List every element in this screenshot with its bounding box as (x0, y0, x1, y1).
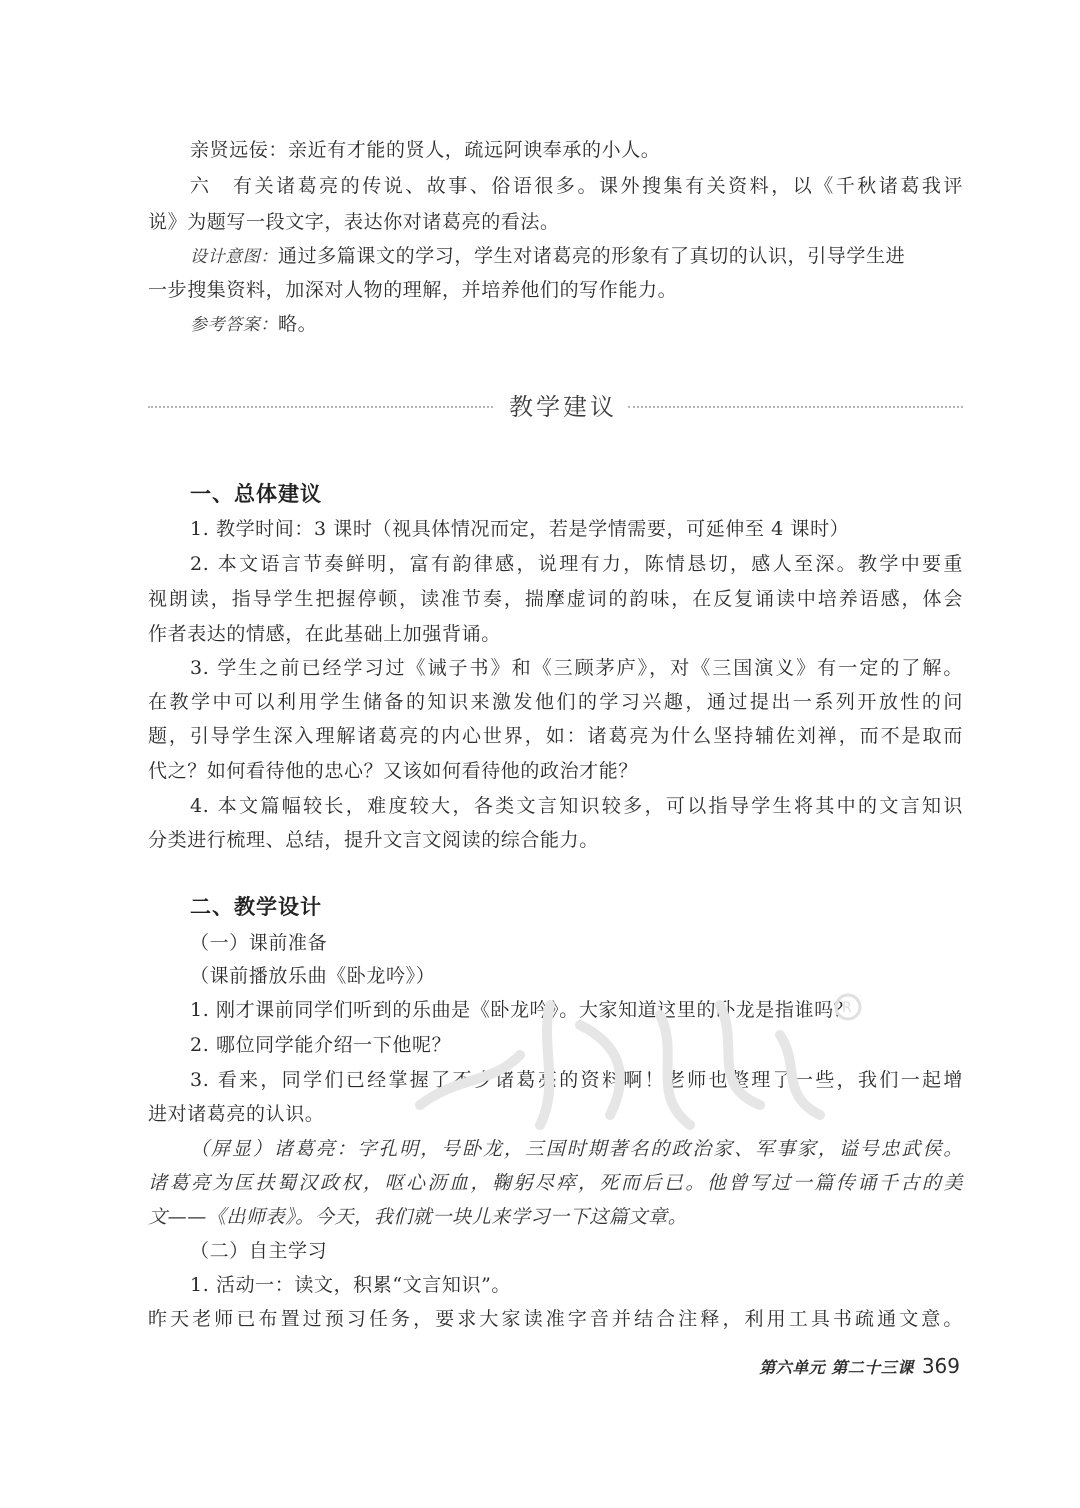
screen-display-text: 诸葛亮：字孔明，号卧龙，三国时期著名的政治家、军事家，谥号忠武侯。 (274, 1138, 963, 1160)
section-1-p4-line-2: 分类进行梳理、总结，提升文言文阅读的综合能力。 (148, 828, 963, 852)
question-3-line-1: 3. 看来，同学们已经掌握了不少诸葛亮的资料啊！老师也整理了一些，我们一起增 (190, 1068, 963, 1092)
section-1-p3-line-2: 在教学中可以利用学生储备的知识来激发他们的学习兴趣，通过提出一系列开放性的问 (148, 690, 963, 714)
question-3-line-2: 进对诸葛亮的认识。 (148, 1102, 963, 1126)
section-1-p2-line-1: 2. 本文语言节奏鲜明，富有韵律感，说理有力，陈情恳切，感人至深。教学中要重 (190, 552, 963, 576)
activity-1-description: 昨天老师已布置过预习任务，要求大家读准字音并结合注释，利用工具书疏通文意。 (148, 1307, 963, 1331)
screen-display-line-1: （屏显）诸葛亮：字孔明，号卧龙，三国时期著名的政治家、军事家，谥号忠武侯。 (190, 1137, 963, 1161)
definition-line: 亲贤远佞：亲近有才能的贤人，疏远阿谀奉承的小人。 (190, 138, 963, 162)
section-1-p3-line-3: 题，引导学生深入理解诸葛亮的内心世界，如：诸葛亮为什么坚持辅佐刘禅，而不是取而 (148, 724, 963, 748)
section-1-p3-line-4: 代之？如何看待他的忠心？又该如何看待他的政治才能？ (148, 759, 963, 783)
question-2: 2. 哪位同学能介绍一下他呢？ (190, 1033, 963, 1057)
reference-answer-label: 参考答案： (190, 315, 278, 335)
textbook-page: 亲贤远佞：亲近有才能的贤人，疏远阿谀奉承的小人。 六 有关诸葛亮的传说、故事、俗… (0, 0, 1080, 1508)
screen-display-label: （屏显） (190, 1138, 274, 1160)
design-intent-text: 通过多篇课文的学习，学生对诸葛亮的形象有了真切的认识，引导学生进 (278, 245, 905, 267)
section-2-heading: 二、教学设计 (190, 893, 322, 921)
reference-answer-line: 参考答案：略。 (190, 312, 963, 337)
design-intent-line-1: 设计意图：通过多篇课文的学习，学生对诸葛亮的形象有了真切的认识，引导学生进 (190, 244, 963, 269)
subsection-1-title: （一）课前准备 (190, 931, 963, 955)
dotted-rule-left (148, 406, 493, 408)
subsection-2-title: （二）自主学习 (190, 1239, 963, 1263)
question-1: 1. 刚才课前同学们听到的乐曲是《卧龙吟》。大家知道这里的卧龙是指谁吗？ (190, 998, 963, 1022)
subsection-1-note: （课前播放乐曲《卧龙吟》） (190, 964, 963, 988)
section-1-p1: 1. 教学时间：3 课时（视具体情况而定，若是学情需要，可延伸至 4 课时） (190, 517, 963, 541)
reference-answer-value: 略。 (278, 313, 317, 335)
design-intent-line-2: 一步搜集资料，加深对人物的理解，并培养他们的写作能力。 (148, 278, 963, 302)
divider-title: 教学建议 (503, 392, 623, 422)
exercise-6-line-2: 说》为题写一段文字，表达你对诸葛亮的看法。 (148, 210, 963, 234)
design-intent-label: 设计意图： (190, 247, 278, 267)
section-1-p4-line-1: 4. 本文篇幅较长，难度较大，各类文言知识较多，可以指导学生将其中的文言知识 (190, 794, 963, 818)
section-1-p2-line-3: 作者表达的情感，在此基础上加强背诵。 (148, 622, 963, 646)
section-1-p2-line-2: 视朗读，指导学生把握停顿，读准节奏，揣摩虚词的韵味，在反复诵读中培养语感，体会 (148, 587, 963, 611)
section-divider: 教学建议 (148, 392, 963, 422)
screen-display-line-2: 诸葛亮为匡扶蜀汉政权，呕心沥血，鞠躬尽瘁，死而后已。他曾写过一篇传诵千古的美 (148, 1171, 963, 1195)
dotted-rule-right (628, 406, 963, 408)
activity-1-title: 1. 活动一：读文，积累“文言知识”。 (190, 1273, 963, 1297)
page-footer: 第六单元 第二十三课369 (759, 1355, 960, 1379)
exercise-6-line-1: 六 有关诸葛亮的传说、故事、俗语很多。课外搜集有关资料，以《千秋诸葛我评 (190, 174, 963, 198)
page-number: 369 (922, 1354, 960, 1378)
screen-display-line-3: 文——《出师表》。今天，我们就一块儿来学习一下这篇文章。 (148, 1205, 963, 1229)
section-1-p3-line-1: 3. 学生之前已经学习过《诫子书》和《三顾茅庐》，对《三国演义》有一定的了解。 (190, 656, 963, 680)
footer-chapter: 第六单元 第二十三课 (759, 1358, 914, 1377)
section-1-heading: 一、总体建议 (190, 480, 322, 508)
